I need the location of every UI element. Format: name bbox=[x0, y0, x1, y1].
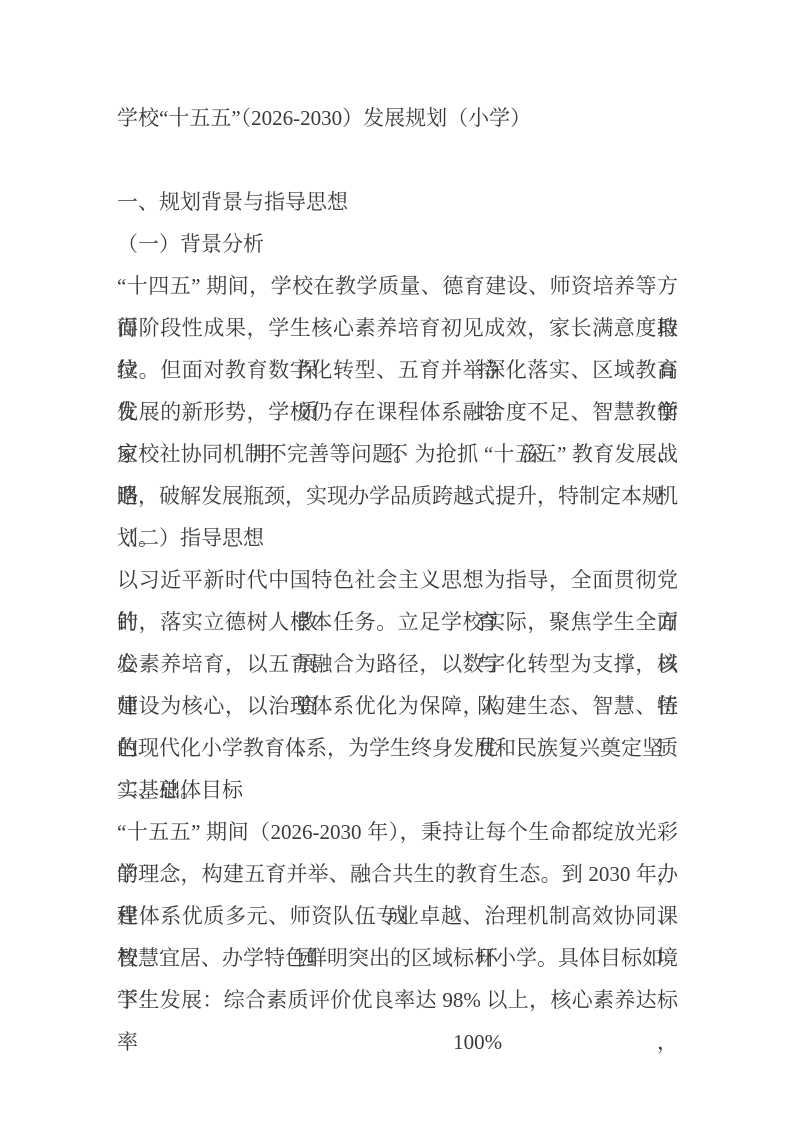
paragraph-line: 针，落实立德树人根本任务。立足学校实际，聚焦学生全面发展与核 bbox=[117, 601, 678, 643]
document-title: 学校“十五五”（2026-2030）发展规划（小学） bbox=[117, 97, 678, 139]
paragraph-line: 程体系优质多元、师资队伍专业卓越、治理机制高效协同、校园环境 bbox=[117, 895, 678, 937]
paragraph-line: 位。但面对教育数字化转型、五育并举深化落实、区域教育优质均衡 bbox=[117, 349, 678, 391]
paragraph-line: 家校社协同机制不完善等问题。为抢抓 “十五五” 教育发展战略机 bbox=[117, 433, 678, 475]
paragraph-line: “十四五” 期间，学校在教学质量、德育建设、师资培养等方面取 bbox=[117, 265, 678, 307]
paragraph-line: 学理念，构建五育并举、融合共生的教育生态。到 2030 年，建成课 bbox=[117, 853, 678, 895]
document-content: 学校“十五五”（2026-2030）发展规划（小学） 一、规划背景与指导思想 （… bbox=[117, 97, 678, 1021]
paragraph-line: 的现代化小学教育体系，为学生终身发展和民族复兴奠定坚实基础。 bbox=[117, 727, 678, 769]
paragraph-line: 智慧宜居、办学特色鲜明突出的区域标杆小学。具体目标如下： bbox=[117, 937, 678, 979]
paragraph-line: 心素养培育，以五育融合为路径，以数字化转型为支撑，以师资队伍 bbox=[117, 643, 678, 685]
section-2-heading: 二、总体目标 bbox=[117, 769, 678, 811]
paragraph-line: “十五五” 期间（2026-2030 年），秉持让每个生命都绽放光彩的办 bbox=[117, 811, 678, 853]
paragraph-line: 发展的新形势，学校仍存在课程体系融合度不足、智慧教学应用不深、 bbox=[117, 391, 678, 433]
paragraph-line: 建设为核心，以治理体系优化为保障，构建生态、智慧、特色、优质 bbox=[117, 685, 678, 727]
subsection-1-1-heading: （一）背景分析 bbox=[117, 223, 678, 265]
document-page: 学校“十五五”（2026-2030）发展规划（小学） 一、规划背景与指导思想 （… bbox=[0, 0, 793, 1122]
section-1-heading: 一、规划背景与指导思想 bbox=[117, 181, 678, 223]
subsection-1-2-heading: （二）指导思想 bbox=[117, 517, 678, 559]
goal-line: 学生发展：综合素质评价优良率达 98% 以上，核心素养达标率 100%， bbox=[117, 979, 678, 1021]
blank-line bbox=[117, 139, 678, 181]
paragraph-line: 以习近平新时代中国特色社会主义思想为指导，全面贯彻党的教育方 bbox=[117, 559, 678, 601]
paragraph-line: 遇，破解发展瓶颈，实现办学品质跨越式提升，特制定本规划。 bbox=[117, 475, 678, 517]
paragraph-line: 得阶段性成果，学生核心素养培育初见成效，家长满意度持续保持高 bbox=[117, 307, 678, 349]
